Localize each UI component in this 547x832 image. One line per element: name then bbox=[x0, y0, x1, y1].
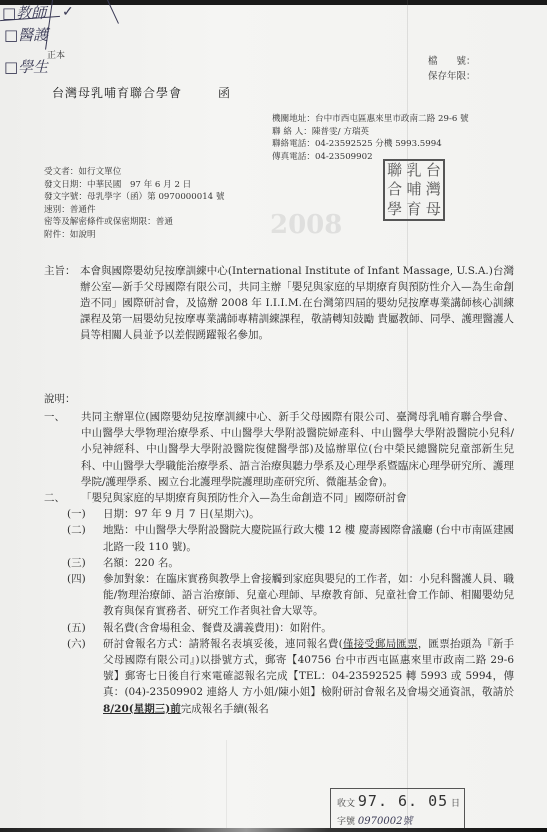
subitem-text: 名額：220 名。 bbox=[103, 555, 514, 571]
explanation-item: 一、 共同主辦單位(國際嬰幼兒按摩訓練中心、新手父母國際有限公司、臺灣母乳哺育聯… bbox=[44, 409, 514, 490]
attachment: 附件：如說明 bbox=[44, 229, 224, 242]
explanation-items: 一、 共同主辦單位(國際嬰幼兒按摩訓練中心、新手父母國際有限公司、臺灣母乳哺育聯… bbox=[44, 409, 514, 717]
handwritten-note-students: □學生 bbox=[4, 56, 48, 77]
subject-text: 本會與國際嬰幼兒按摩訓練中心(International Institute o… bbox=[80, 263, 514, 343]
subitem-text: 地點：中山醫學大學附設醫院大慶院區行政大樓 12 樓 慶壽國際會議廳 (台中市南… bbox=[103, 522, 514, 554]
seal-char: 乳 bbox=[404, 161, 423, 180]
document-number: 發文字號：母乳學字（函）第 0970000014 號 bbox=[44, 191, 224, 204]
scanned-document-page: □教師 ✓ □醫護 正本 □學生 檔 號： 保存年限： 台灣母乳哺育聯合學會 函… bbox=[0, 0, 547, 832]
seal-char: 台 bbox=[424, 161, 443, 180]
handwritten-note-medical: □醫護 bbox=[4, 24, 48, 45]
item-number: 一、 bbox=[44, 409, 65, 425]
subitem-text: 報名費(含會場租金、餐費及講義費用)：如附件。 bbox=[103, 620, 514, 636]
seal-char: 哺 bbox=[404, 180, 423, 199]
delivery-speed: 速別：普通件 bbox=[44, 204, 224, 217]
classification: 密等及解密條件或保密期限：普通 bbox=[44, 216, 224, 229]
seal-char: 聯 bbox=[385, 161, 404, 180]
sender-phone: 聯絡電話：04-23592525 分機 5993.5994 bbox=[272, 138, 469, 151]
subitem-quota: (三) 名額：220 名。 bbox=[44, 555, 514, 571]
receipt-handwritten-number: 0970002號 bbox=[358, 816, 413, 827]
file-number-label: 檔 號： bbox=[428, 54, 472, 69]
document-type: 函 bbox=[218, 84, 230, 101]
item-text: 「嬰兒與家庭的早期療育與預防性介入—為生命創造不同」國際研討會 bbox=[81, 490, 514, 506]
postal-order-note: 僅接受郵局匯票 bbox=[343, 638, 418, 650]
copy-mark: 正本 bbox=[47, 48, 65, 61]
subitem-number: (二) bbox=[67, 522, 86, 538]
seal-char: 合 bbox=[385, 180, 404, 199]
subitem-text: 研討會報名方式：請將報名表填妥後，連同報名費(僅接受郵局匯票，匯票抬頭為『新手父… bbox=[103, 636, 514, 717]
registration-deadline: 8/20(星期三)前 bbox=[103, 703, 181, 715]
subitem-number: (五) bbox=[67, 620, 86, 636]
receipt-number-label: 字號 bbox=[337, 817, 355, 827]
subitem-date: (一) 日期：97 年 9 月 7 日(星期六)。 bbox=[44, 506, 514, 522]
subitem-fee: (五) 報名費(含會場租金、餐費及講義費用)：如附件。 bbox=[44, 620, 514, 636]
recipient: 受文者：如行文單位 bbox=[44, 166, 224, 179]
subject-label: 主旨： bbox=[44, 263, 76, 279]
retention-period-label: 保存年限： bbox=[428, 69, 472, 84]
subitem-number: (一) bbox=[67, 506, 86, 522]
receipt-day-suffix: 日 bbox=[451, 799, 460, 809]
official-seal: 聯 乳 台 合 哺 灣 學 育 母 bbox=[383, 159, 445, 221]
receipt-stamp: 收文 97. 6. 05 日 字號 0970002號 bbox=[330, 788, 465, 830]
organization-name: 台灣母乳哺育聯合學會 bbox=[52, 84, 182, 101]
subitem-registration: (六) 研討會報名方式：請將報名表填妥後，連同報名費(僅接受郵局匯票，匯票抬頭為… bbox=[44, 636, 514, 717]
item-text: 共同主辦單位(國際嬰幼兒按摩訓練中心、新手父母國際有限公司、臺灣母乳哺育聯合學會… bbox=[81, 409, 514, 490]
seal-char: 學 bbox=[385, 200, 404, 219]
document-metadata: 受文者：如行文單位 發文日期：中華民國 97 年 6 月 2 日 發文字號：母乳… bbox=[44, 166, 224, 242]
archive-fields: 檔 號： 保存年限： bbox=[428, 54, 472, 84]
subject-section: 主旨： 本會與國際嬰幼兒按摩訓練中心(International Institu… bbox=[44, 263, 514, 343]
sender-contact: 聯 絡 人：陳普雯/ 方瑞英 bbox=[272, 126, 469, 139]
registration-text: 研討會報名方式：請將報名表填妥後，連同報名費( bbox=[103, 638, 343, 650]
subitem-number: (三) bbox=[67, 555, 86, 571]
seal-char: 育 bbox=[404, 200, 423, 219]
seal-char: 母 bbox=[424, 200, 443, 219]
subitem-text: 日期：97 年 9 月 7 日(星期六)。 bbox=[103, 506, 514, 522]
subitem-number: (六) bbox=[67, 636, 86, 652]
fold-line-lower bbox=[226, 740, 227, 832]
subitem-location: (二) 地點：中山醫學大學附設醫院大慶院區行政大樓 12 樓 慶壽國際會議廳 (… bbox=[44, 522, 514, 554]
item-number: 二、 bbox=[44, 490, 65, 506]
explanation-item: 二、 「嬰兒與家庭的早期療育與預防性介入—為生命創造不同」國際研討會 bbox=[44, 490, 514, 506]
subitem-text: 參加對象：在臨床實務與教學上會接觸到家庭與嬰兒的工作者，如：小兒科醫護人員、職能… bbox=[103, 571, 514, 620]
checkmark-icon: ✓ bbox=[62, 4, 74, 20]
receipt-label: 收文 bbox=[337, 799, 355, 809]
sender-info: 機關地址：台中市西屯區惠來里市政南二路 29-6 號 聯 絡 人：陳普雯/ 方瑞… bbox=[272, 113, 469, 163]
subitem-number: (四) bbox=[67, 571, 86, 587]
explanation-label: 說明： bbox=[44, 391, 76, 406]
scan-edge-top bbox=[0, 0, 547, 5]
watermark: 2008 bbox=[270, 210, 342, 240]
issue-date: 發文日期：中華民國 97 年 6 月 2 日 bbox=[44, 179, 224, 192]
registration-text: 完成報名手續(報名 bbox=[181, 703, 269, 715]
receipt-date: 97. 6. 05 bbox=[358, 792, 448, 810]
subitem-audience: (四) 參加對象：在臨床實務與教學上會接觸到家庭與嬰兒的工作者，如：小兒科醫護人… bbox=[44, 571, 514, 620]
scan-edge-bottom bbox=[0, 828, 547, 832]
sender-address: 機關地址：台中市西屯區惠來里市政南二路 29-6 號 bbox=[272, 113, 469, 126]
handwritten-note-teachers: □教師 bbox=[2, 2, 46, 23]
seal-char: 灣 bbox=[424, 180, 443, 199]
